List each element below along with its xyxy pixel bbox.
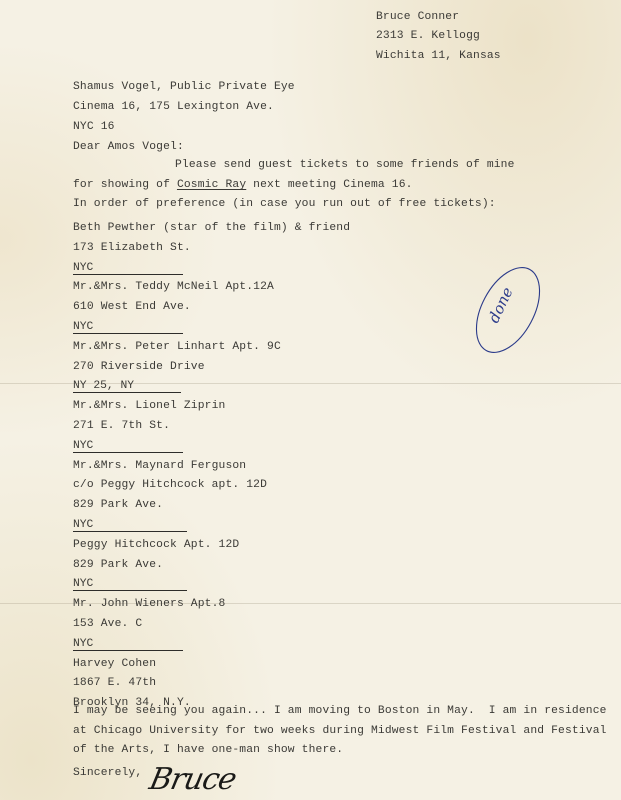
underline-rule: [73, 650, 183, 651]
underline-rule: [73, 333, 183, 334]
intro-text: next meeting Cinema 16.: [246, 179, 412, 191]
recipient-line-2: Cinema 16, 175 Lexington Ave.: [73, 100, 274, 114]
intro-line-3: In order of preference (in case you run …: [73, 197, 496, 211]
recipient-city: NYC: [73, 518, 93, 532]
recipient-name: Mr.&Mrs. Peter Linhart Apt. 9C: [73, 340, 281, 354]
sender-city: Wichita 11, Kansas: [376, 49, 501, 63]
recipient-city: NYC: [73, 261, 93, 275]
intro-text: for showing of: [73, 179, 177, 191]
recipient-address: 271 E. 7th St.: [73, 419, 170, 433]
recipient-name: Mr.&Mrs. Teddy McNeil Apt.12A: [73, 280, 274, 294]
recipient-line-3: NYC 16: [73, 120, 115, 134]
film-title: Cosmic Ray: [177, 179, 246, 191]
recipient-name: Mr.&Mrs. Maynard Ferguson: [73, 459, 246, 473]
signature: Bruce: [146, 762, 239, 797]
salutation: Dear Amos Vogel:: [73, 140, 184, 154]
recipient-name: Beth Pewther (star of the film) & friend: [73, 221, 350, 235]
underline-rule: [73, 452, 183, 453]
closing: Sincerely,: [73, 766, 142, 780]
recipient-address: 173 Elizabeth St.: [73, 241, 191, 255]
intro-line-1: Please send guest tickets to some friend…: [175, 158, 515, 172]
closing-line-2: at Chicago University for two weeks duri…: [73, 724, 607, 738]
recipient-name: Peggy Hitchcock Apt. 12D: [73, 538, 239, 552]
recipient-city: NY 25, NY: [73, 379, 134, 393]
recipient-city: NYC: [73, 439, 93, 453]
recipient-address: 829 Park Ave.: [73, 558, 163, 572]
recipient-address: c/o Peggy Hitchcock apt. 12D: [73, 478, 267, 492]
closing-line-3: of the Arts, I have one-man show there.: [73, 743, 343, 757]
closing-line-1: I may be seeing you again... I am moving…: [73, 704, 607, 718]
recipient-name: Mr. John Wieners Apt.8: [73, 597, 225, 611]
underline-rule: [73, 590, 187, 591]
sender-name: Bruce Conner: [376, 10, 459, 24]
recipient-city: NYC: [73, 320, 93, 334]
underline-rule: [73, 531, 187, 532]
underline-rule: [73, 392, 181, 393]
recipient-address: 1867 E. 47th: [73, 676, 156, 690]
recipient-city: NYC: [73, 577, 93, 591]
sender-street: 2313 E. Kellogg: [376, 29, 480, 43]
recipient-line-1: Shamus Vogel, Public Private Eye: [73, 80, 295, 94]
underline-rule: [73, 274, 183, 275]
recipient-city: NYC: [73, 637, 93, 651]
intro-line-2: for showing of Cosmic Ray next meeting C…: [73, 178, 413, 192]
recipient-address: 829 Park Ave.: [73, 498, 163, 512]
recipient-address: 610 West End Ave.: [73, 300, 191, 314]
recipient-address: 270 Riverside Drive: [73, 360, 205, 374]
recipient-address: 153 Ave. C: [73, 617, 142, 631]
recipient-name: Harvey Cohen: [73, 657, 156, 671]
recipient-name: Mr.&Mrs. Lionel Ziprin: [73, 399, 225, 413]
